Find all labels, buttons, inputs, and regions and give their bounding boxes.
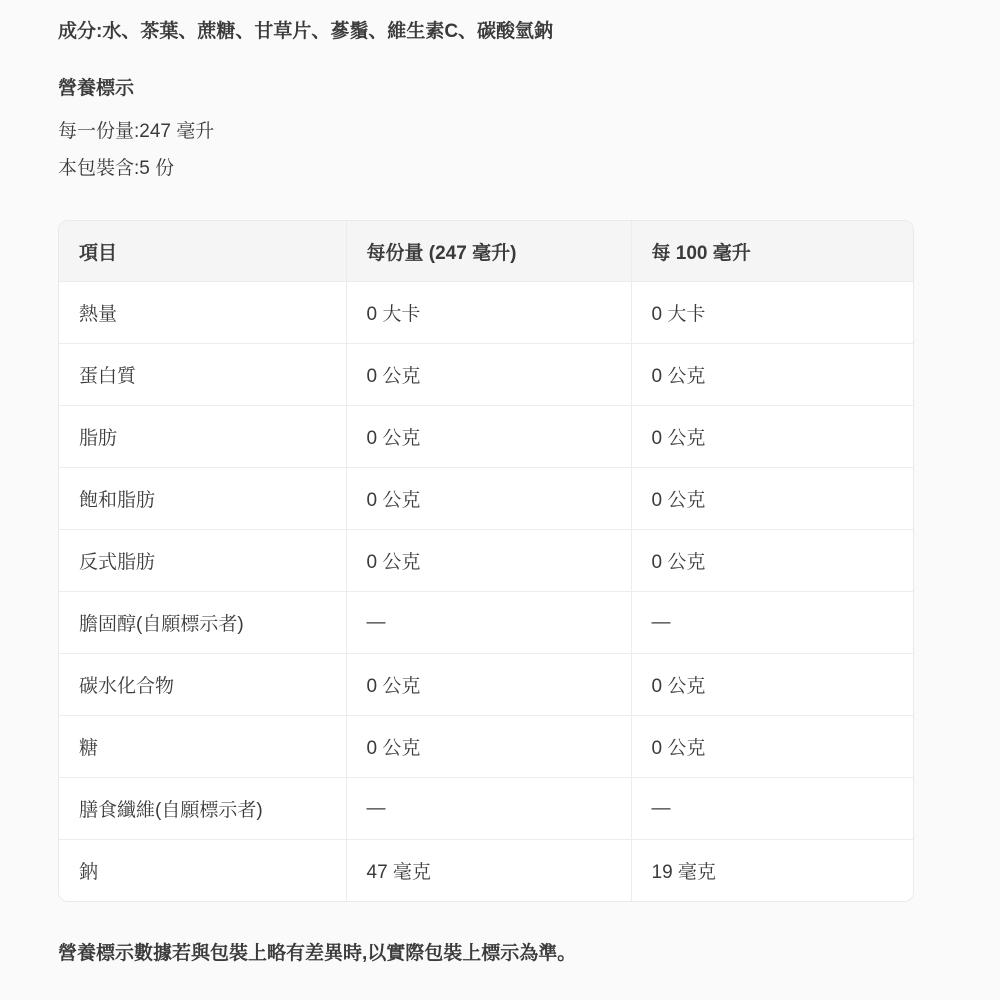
- row-per-100ml: 0 公克: [631, 716, 914, 778]
- row-per-100ml: 0 大卡: [631, 282, 914, 344]
- table-row: 糖 0 公克 0 公克: [59, 716, 914, 778]
- row-per-serving: 0 公克: [346, 716, 631, 778]
- header-per-serving: 每份量 (247 毫升): [346, 221, 631, 282]
- table-row: 熱量 0 大卡 0 大卡: [59, 282, 914, 344]
- row-item: 碳水化合物: [59, 654, 346, 716]
- row-per-serving: —: [346, 592, 631, 654]
- row-per-serving: 0 公克: [346, 530, 631, 592]
- row-item: 膽固醇(自願標示者): [59, 592, 346, 654]
- table-row: 脂肪 0 公克 0 公克: [59, 406, 914, 468]
- ingredients-line: 成分:水、茶葉、蔗糖、甘草片、蔘鬚、維生素C、碳酸氫鈉: [58, 18, 942, 45]
- disclaimer-line: 營養標示數據若與包裝上略有差異時,以實際包裝上標示為準。: [58, 940, 942, 967]
- header-item: 項目: [59, 221, 346, 282]
- table-row: 碳水化合物 0 公克 0 公克: [59, 654, 914, 716]
- row-per-100ml: 0 公克: [631, 654, 914, 716]
- row-per-serving: —: [346, 778, 631, 840]
- row-per-100ml: 0 公克: [631, 468, 914, 530]
- row-per-100ml: 0 公克: [631, 406, 914, 468]
- nutrition-label-title: 營養標示: [58, 75, 942, 102]
- row-item: 鈉: [59, 840, 346, 902]
- row-per-serving: 0 大卡: [346, 282, 631, 344]
- row-item: 反式脂肪: [59, 530, 346, 592]
- row-per-100ml: 19 毫克: [631, 840, 914, 902]
- table-row: 膽固醇(自願標示者) — —: [59, 592, 914, 654]
- row-per-serving: 0 公克: [346, 406, 631, 468]
- table-row: 飽和脂肪 0 公克 0 公克: [59, 468, 914, 530]
- serving-size-line: 每一份量:247 毫升: [58, 118, 942, 145]
- row-item: 脂肪: [59, 406, 346, 468]
- row-per-serving: 47 毫克: [346, 840, 631, 902]
- servings-per-package-line: 本包裝含:5 份: [58, 155, 942, 182]
- row-item: 膳食纖維(自願標示者): [59, 778, 346, 840]
- row-per-100ml: 0 公克: [631, 344, 914, 406]
- nutrition-table: 項目 每份量 (247 毫升) 每 100 毫升 熱量 0 大卡 0 大卡 蛋白…: [59, 221, 914, 901]
- header-per-100ml: 每 100 毫升: [631, 221, 914, 282]
- row-per-serving: 0 公克: [346, 654, 631, 716]
- row-per-100ml: —: [631, 592, 914, 654]
- row-per-100ml: —: [631, 778, 914, 840]
- nutrition-info-page: 成分:水、茶葉、蔗糖、甘草片、蔘鬚、維生素C、碳酸氫鈉 營養標示 每一份量:24…: [0, 0, 1000, 1000]
- table-header-row: 項目 每份量 (247 毫升) 每 100 毫升: [59, 221, 914, 282]
- nutrition-table-container: 項目 每份量 (247 毫升) 每 100 毫升 熱量 0 大卡 0 大卡 蛋白…: [58, 220, 914, 902]
- table-row: 蛋白質 0 公克 0 公克: [59, 344, 914, 406]
- row-item: 蛋白質: [59, 344, 346, 406]
- table-row: 膳食纖維(自願標示者) — —: [59, 778, 914, 840]
- row-item: 糖: [59, 716, 346, 778]
- row-per-serving: 0 公克: [346, 344, 631, 406]
- row-per-100ml: 0 公克: [631, 530, 914, 592]
- row-item: 飽和脂肪: [59, 468, 346, 530]
- table-row: 鈉 47 毫克 19 毫克: [59, 840, 914, 902]
- row-per-serving: 0 公克: [346, 468, 631, 530]
- row-item: 熱量: [59, 282, 346, 344]
- table-row: 反式脂肪 0 公克 0 公克: [59, 530, 914, 592]
